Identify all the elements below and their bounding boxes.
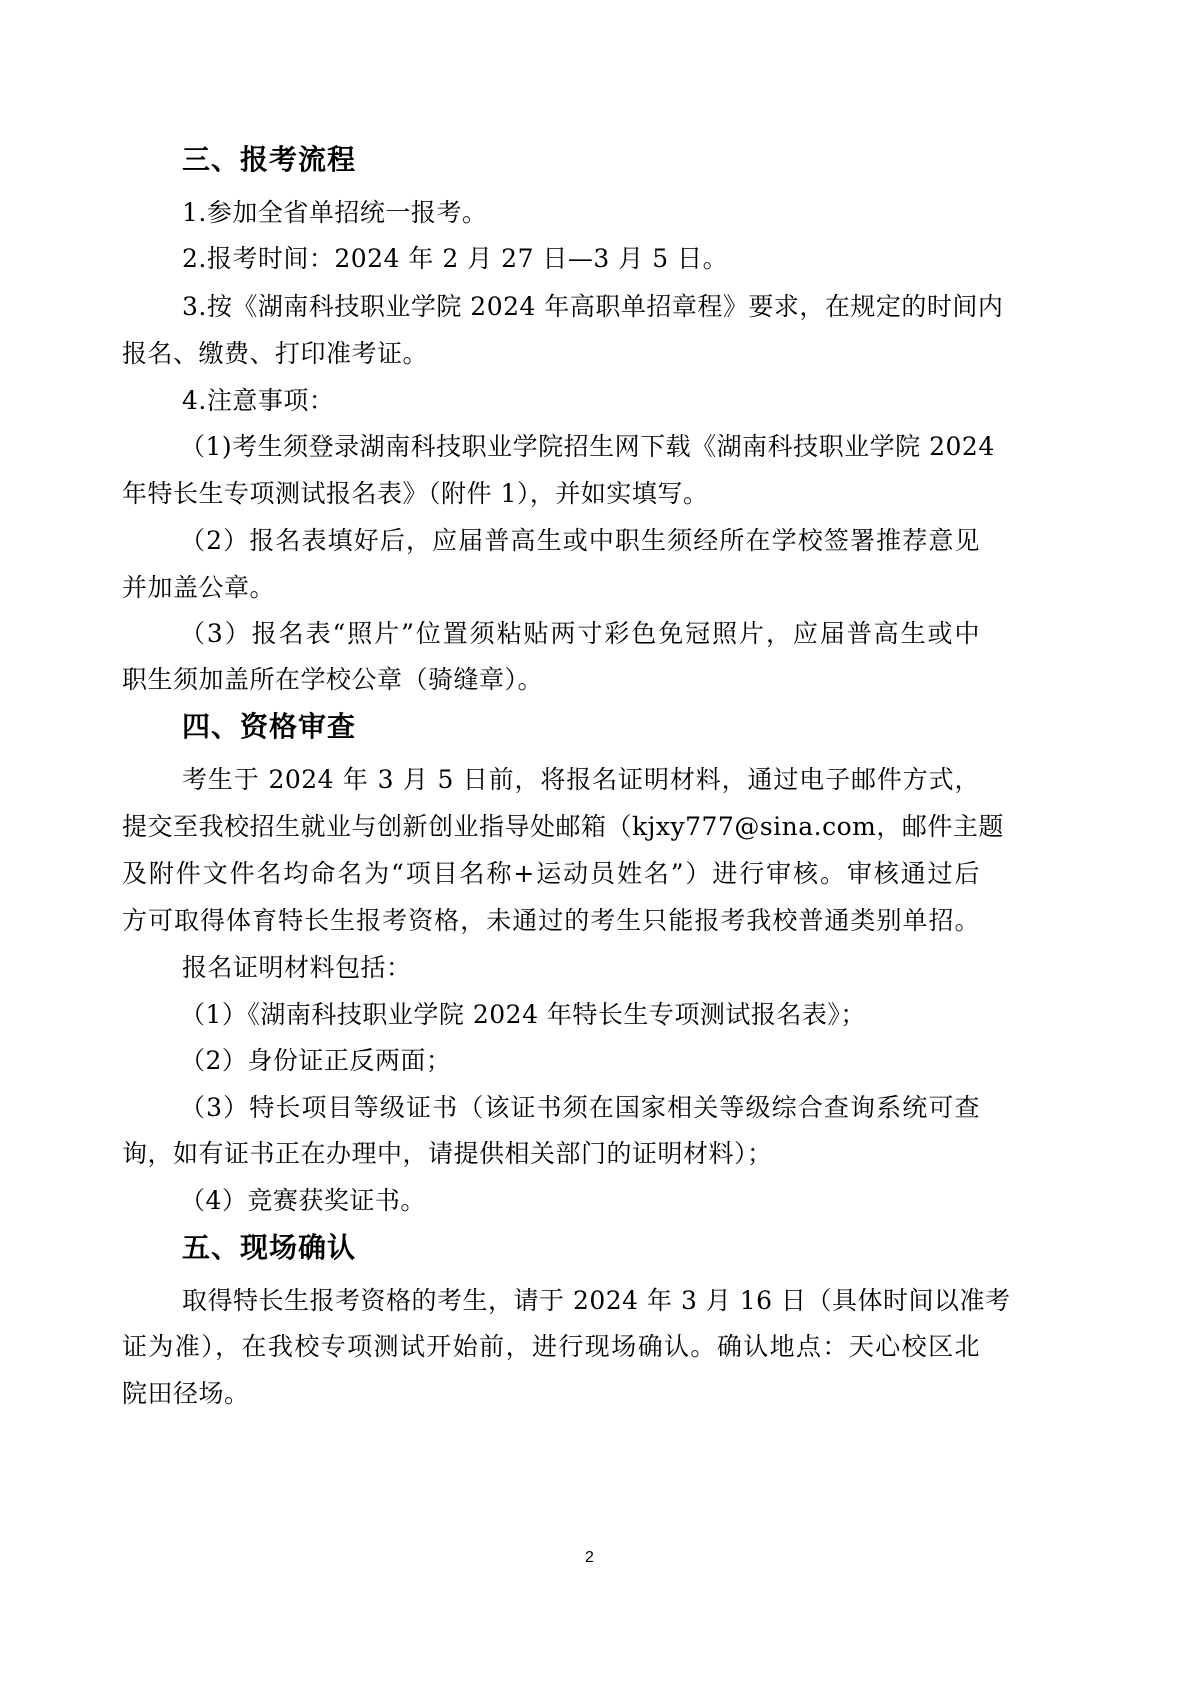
page-number: 2 [585,1548,594,1568]
section-heading-qualification-review: 四、资格审查 [182,710,356,744]
paragraph-line: （3）报名表“照片”位置须粘贴两寸彩色免冠照片，应届普高生或中 [180,618,980,650]
paragraph-line: 院田径场。 [122,1378,250,1410]
paragraph-line: 报名、缴费、打印准考证。 [122,338,428,370]
paragraph-line: 并加盖公章。 [122,572,275,604]
paragraph-line: 2.报考时间：2024 年 2 月 27 日—3 月 5 日。 [182,243,728,275]
list-item: （4）竞赛获奖证书。 [180,1185,426,1217]
paragraph-line: 报名证明材料包括： [182,952,412,984]
paragraph-line: 方可取得体育特长生报考资格，未通过的考生只能报考我校普通类别单招。 [122,905,980,937]
list-item: （2）身份证正反两面； [180,1045,451,1077]
list-item: （3）特长项目等级证书（该证书须在国家相关等级综合查询系统可查 [180,1092,980,1124]
document-page: 三、报考流程 1.参加全省单招统一报考。 2.报考时间：2024 年 2 月 2… [0,0,1191,1684]
paragraph-line: （1)考生须登录湖南科技职业学院招生网下载《湖南科技职业学院 2024 [180,431,980,463]
section-heading-onsite-confirmation: 五、现场确认 [182,1231,356,1265]
list-item-continuation: 询，如有证书正在办理中，请提供相关部门的证明材料）； [122,1138,773,1170]
paragraph-line: （2）报名表填好后，应届普高生或中职生须经所在学校签署推荐意见 [180,525,980,557]
paragraph-line: 职生须加盖所在学校公章（骑缝章）。 [122,664,543,696]
paragraph-line: 4.注意事项： [182,385,334,417]
paragraph-line: 证为准），在我校专项测试开始前，进行现场确认。确认地点：天心校区北 [122,1331,980,1363]
paragraph-line: 3.按《湖南科技职业学院 2024 年高职单招章程》要求，在规定的时间内 [182,291,978,323]
list-item: （1）《湖南科技职业学院 2024 年特长生专项测试报名表》； [180,999,866,1031]
paragraph-line: 及附件文件名均命名为“项目名称+运动员姓名”）进行审核。审核通过后 [122,858,980,890]
paragraph-line: 1.参加全省单招统一报考。 [182,197,487,229]
section-heading-registration-process: 三、报考流程 [182,143,356,177]
paragraph-line: 考生于 2024 年 3 月 5 日前，将报名证明材料，通过电子邮件方式， [182,764,980,796]
paragraph-line-with-email: 提交至我校招生就业与创新创业指导处邮箱（kjxy777@sina.com，邮件主… [122,811,980,843]
paragraph-line: 年特长生专项测试报名表》（附件 1），并如实填写。 [122,478,708,510]
paragraph-line: 取得特长生报考资格的考生，请于 2024 年 3 月 16 日（具体时间以准考 [182,1285,980,1317]
